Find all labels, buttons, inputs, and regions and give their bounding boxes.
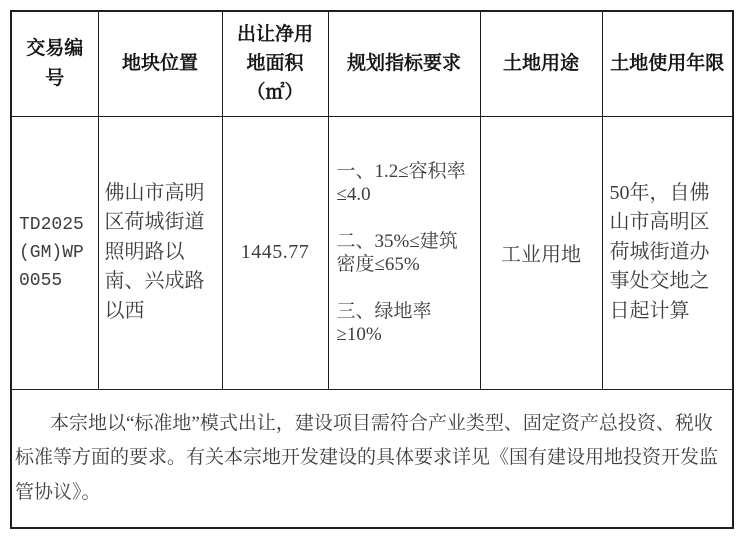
cell-net-area: 1445.77 [222,116,328,389]
cell-land-use: 工业用地 [480,116,602,389]
header-land-use: 土地用途 [480,11,602,116]
planning-item-far: 一、1.2≤容积率≤4.0 [337,160,468,206]
note-text: 本宗地以“标准地”模式出让，建设项目需符合产业类型、固定资产总投资、税收标准等方… [15,407,720,511]
header-planning-requirements: 规划指标要求 [328,11,480,116]
cell-planning-requirements: 一、1.2≤容积率≤4.0 二、35%≤建筑密度≤65% 三、绿地率≥10% [328,116,480,389]
header-row: 交易编号 地块位置 出让净用地面积（㎡） 规划指标要求 土地用途 土地使用年限 [11,11,733,116]
header-transaction-id: 交易编号 [11,11,98,116]
header-tenure: 土地使用年限 [602,11,733,116]
planning-item-greening: 三、绿地率≥10% [337,300,468,346]
header-net-area: 出让净用地面积（㎡） [222,11,328,116]
standard-land-note-cell: 本宗地以“标准地”模式出让，建设项目需符合产业类型、固定资产总投资、税收标准等方… [11,389,733,528]
cell-tenure: 50年，自佛山市高明区荷城街道办事处交地之日起计算 [602,116,733,389]
land-parcel-table: 交易编号 地块位置 出让净用地面积（㎡） 规划指标要求 土地用途 土地使用年限 … [10,10,734,529]
page: 交易编号 地块位置 出让净用地面积（㎡） 规划指标要求 土地用途 土地使用年限 … [0,0,738,538]
planning-item-density: 二、35%≤建筑密度≤65% [337,230,468,276]
parcel-data-row: TD2025(GM)WP0055 佛山市高明区荷城街道照明路以南、兴成路以西 1… [11,116,733,389]
note-row: 本宗地以“标准地”模式出让，建设项目需符合产业类型、固定资产总投资、税收标准等方… [11,389,733,528]
cell-parcel-location: 佛山市高明区荷城街道照明路以南、兴成路以西 [98,116,222,389]
header-parcel-location: 地块位置 [98,11,222,116]
cell-transaction-id: TD2025(GM)WP0055 [11,116,98,389]
